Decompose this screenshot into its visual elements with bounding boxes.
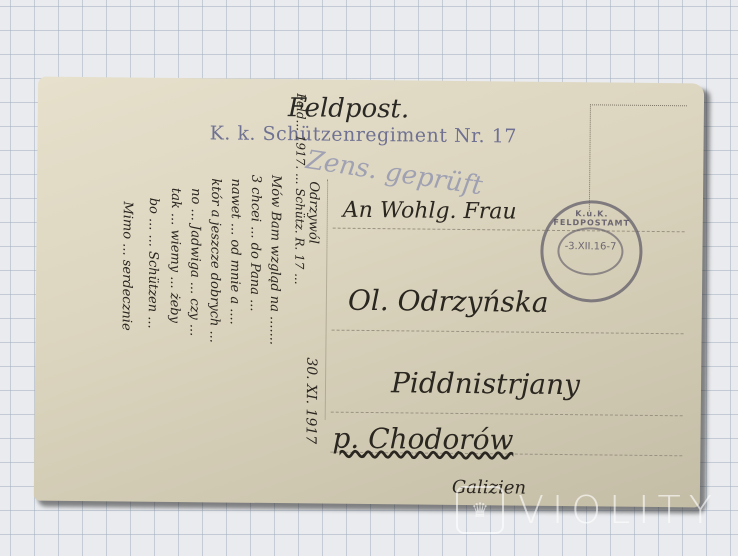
address-line xyxy=(332,330,684,335)
watermark: ♛ VIOLITY xyxy=(456,486,720,534)
censor-pencil-note: Zens. geprüft xyxy=(304,145,484,201)
message-line: Mimo ... serdecznie xyxy=(119,201,135,330)
recipient-salutation: An Wohlg. Frau xyxy=(343,198,517,225)
crown-icon: ♛ xyxy=(456,486,504,534)
message-line: 3 chcei ... do Pana ... xyxy=(247,175,263,312)
message-line: tak ... wiemy ... żeby xyxy=(167,188,183,323)
message-line: Mów Bam wzgląd na ....... xyxy=(266,175,283,345)
postmark: K.u.K. FELDPOSTAMT -3.XII.16-7 xyxy=(540,200,643,303)
recipient-post: p. Chodorów xyxy=(332,422,513,457)
address-line xyxy=(331,412,683,417)
postmark-label: K.u.K. FELDPOSTAMT xyxy=(552,209,632,228)
postcard: Feldpost. K. k. Schützenregiment Nr. 17 … xyxy=(34,77,704,508)
stamp-placeholder-box xyxy=(589,104,687,212)
recipient-place: Piddnistrjany xyxy=(391,366,580,401)
postmark-inner-ring: -3.XII.16-7 xyxy=(557,227,623,276)
top-left-note: Feld... 1917. ... Schütz. R. 17 ... xyxy=(292,93,308,284)
recipient-name: Ol. Odrzyńska xyxy=(348,284,549,319)
regiment-stamp: K. k. Schützenregiment Nr. 17 xyxy=(210,122,517,147)
sender-date: 30. XI. 1917 xyxy=(302,357,319,444)
message-line: bo ... ... Schützen ... xyxy=(145,198,161,329)
watermark-text: VIOLITY xyxy=(518,488,720,532)
postmark-date: -3.XII.16-7 xyxy=(559,241,621,253)
message-line: nawet ... od mnie a .... xyxy=(227,179,244,325)
address-divider xyxy=(325,180,329,420)
sender-place: Odrzywól xyxy=(306,181,322,244)
message-line: no ... Jadwiga ... czy ... xyxy=(187,188,204,336)
message-line: któr a jeszcze dobrych ... xyxy=(206,178,223,343)
